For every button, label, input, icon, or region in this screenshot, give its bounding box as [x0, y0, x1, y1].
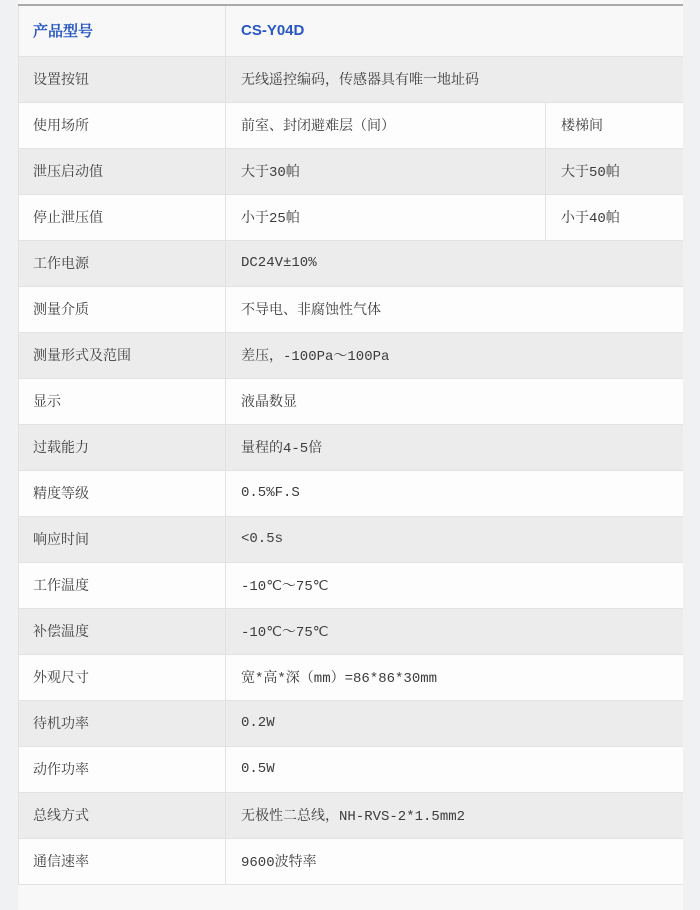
row-value: 不导电、非腐蚀性气体	[226, 286, 684, 332]
table-row: 泄压启动值 大于30帕 大于50帕	[19, 148, 684, 194]
row-label: 补偿温度	[19, 608, 226, 654]
row-label: 泄压启动值	[19, 148, 226, 194]
product-model-label: 产品型号	[19, 5, 226, 56]
table-row: 动作功率 0.5W	[19, 746, 684, 792]
table-row: 待机功率 0.2W	[19, 700, 684, 746]
row-value: 0.5%F.S	[226, 470, 684, 516]
row-value-secondary: 大于50帕	[546, 148, 684, 194]
table-row: 外观尺寸 宽*高*深（mm）=86*86*30mm	[19, 654, 684, 700]
row-label: 通信速率	[19, 838, 226, 884]
row-value: 无线遥控编码，传感器具有唯一地址码	[226, 56, 684, 102]
row-label: 动作功率	[19, 746, 226, 792]
row-value: 液晶数显	[226, 378, 684, 424]
row-label: 测量介质	[19, 286, 226, 332]
table-row: 设置按钮 无线遥控编码，传感器具有唯一地址码	[19, 56, 684, 102]
row-value: 量程的4-5倍	[226, 424, 684, 470]
table-row: 总线方式 无极性二总线，NH-RVS-2*1.5mm2	[19, 792, 684, 838]
row-value: 0.5W	[226, 746, 684, 792]
table-row: 补偿温度 -10℃～75℃	[19, 608, 684, 654]
row-label: 测量形式及范围	[19, 332, 226, 378]
row-value: DC24V±10%	[226, 240, 684, 286]
table-row: 响应时间 <0.5s	[19, 516, 684, 562]
row-label: 停止泄压值	[19, 194, 226, 240]
row-label: 设置按钮	[19, 56, 226, 102]
row-value-secondary: 楼梯间	[546, 102, 684, 148]
table-row: 测量形式及范围 差压，-100Pa～100Pa	[19, 332, 684, 378]
row-value: 宽*高*深（mm）=86*86*30mm	[226, 654, 684, 700]
product-model-value: CS-Y04D	[226, 5, 684, 56]
row-value: 0.2W	[226, 700, 684, 746]
product-spec-table: 产品型号 CS-Y04D 设置按钮 无线遥控编码，传感器具有唯一地址码 使用场所…	[18, 4, 683, 885]
table-row: 停止泄压值 小于25帕 小于40帕	[19, 194, 684, 240]
table-header-row: 产品型号 CS-Y04D	[19, 5, 684, 56]
row-value: 大于30帕	[226, 148, 546, 194]
table-row: 过载能力 量程的4-5倍	[19, 424, 684, 470]
row-value: 差压，-100Pa～100Pa	[226, 332, 684, 378]
row-value: -10℃～75℃	[226, 562, 684, 608]
row-value: -10℃～75℃	[226, 608, 684, 654]
row-label: 精度等级	[19, 470, 226, 516]
table-row: 显示 液晶数显	[19, 378, 684, 424]
table-row: 精度等级 0.5%F.S	[19, 470, 684, 516]
row-label: 响应时间	[19, 516, 226, 562]
table-row: 测量介质 不导电、非腐蚀性气体	[19, 286, 684, 332]
row-label: 工作电源	[19, 240, 226, 286]
row-value: 9600波特率	[226, 838, 684, 884]
row-value: 无极性二总线，NH-RVS-2*1.5mm2	[226, 792, 684, 838]
row-value: <0.5s	[226, 516, 684, 562]
row-label: 总线方式	[19, 792, 226, 838]
row-value-secondary: 小于40帕	[546, 194, 684, 240]
row-label: 工作温度	[19, 562, 226, 608]
product-spec-page: 产品型号 CS-Y04D 设置按钮 无线遥控编码，传感器具有唯一地址码 使用场所…	[18, 0, 683, 910]
row-label: 使用场所	[19, 102, 226, 148]
table-row: 工作电源 DC24V±10%	[19, 240, 684, 286]
row-label: 外观尺寸	[19, 654, 226, 700]
row-value: 小于25帕	[226, 194, 546, 240]
table-row: 工作温度 -10℃～75℃	[19, 562, 684, 608]
row-label: 过载能力	[19, 424, 226, 470]
row-label: 显示	[19, 378, 226, 424]
row-value: 前室、封闭避难层（间）	[226, 102, 546, 148]
table-row: 使用场所 前室、封闭避难层（间） 楼梯间	[19, 102, 684, 148]
table-row: 通信速率 9600波特率	[19, 838, 684, 884]
row-label: 待机功率	[19, 700, 226, 746]
